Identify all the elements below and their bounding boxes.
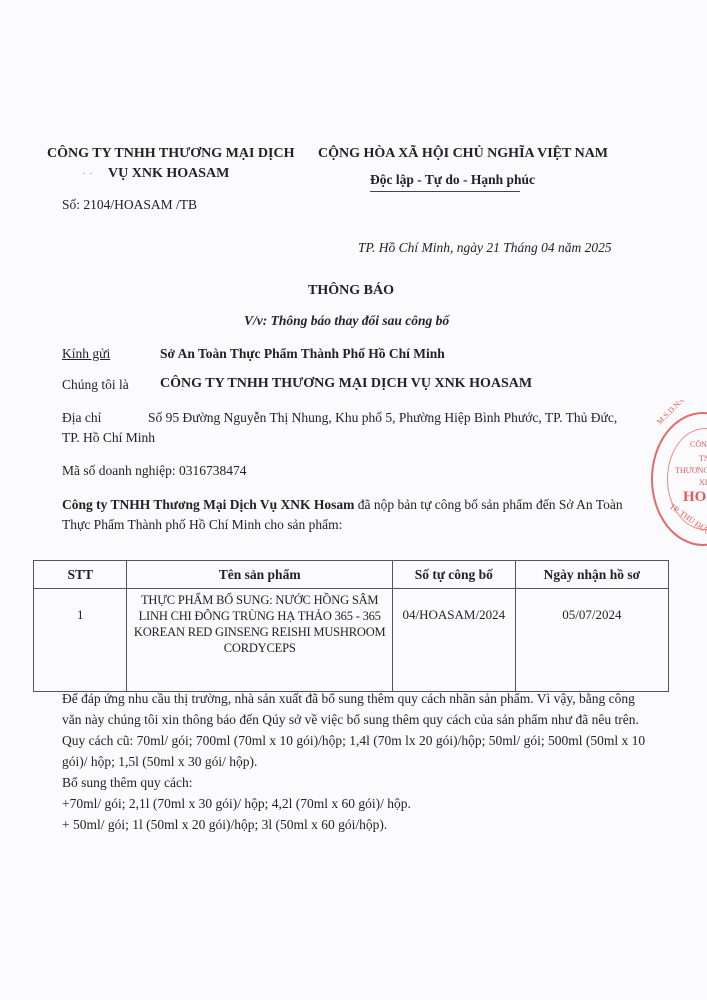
document-number: Số: 2104/HOASAM /TB [62, 197, 197, 213]
header-product-name: Tên sản phẩm [127, 561, 392, 589]
header-stt: STT [34, 561, 127, 589]
table-row: 1 THỰC PHẨM BỔ SUNG: NƯỚC HỒNG SÂM LINH … [34, 589, 669, 692]
motto-underline [370, 191, 520, 192]
company-seal-stamp: CÔNG TN THƯƠNG M XI HOA M.S.D.N:03167384… [640, 400, 707, 560]
document-title: THÔNG BÁO [308, 283, 394, 299]
seal-text-4: XI [699, 478, 707, 487]
scan-mark: · · [82, 166, 93, 181]
seal-text-1: CÔNG [690, 440, 707, 449]
seal-text-3: THƯƠNG M [675, 466, 707, 475]
new-spec-2: + 50ml/ gói; 1l (50ml x 20 gói)/hộp; 3l … [62, 814, 652, 835]
document-subject: V/v: Thông báo thay đổi sau công bố [244, 313, 449, 329]
cell-received-date: 05/07/2024 [515, 589, 668, 692]
national-heading: CỘNG HÒA XÃ HỘI CHỦ NGHĨA VIỆT NAM [318, 146, 608, 162]
recipient-label: Kính gửi [62, 346, 110, 362]
old-spec: Quy cách cũ: 70ml/ gói; 700ml (70ml x 10… [62, 730, 652, 772]
address-line2: TP. Hồ Chí Minh [62, 430, 155, 446]
seal-ring-text: M.S.D.N:03167384 [655, 400, 706, 426]
table-header-row: STT Tên sản phẩm Số tự công bố Ngày nhận… [34, 561, 669, 589]
tax-code: Mã số doanh nghiệp: 0316738474 [62, 463, 247, 479]
product-table: STT Tên sản phẩm Số tự công bố Ngày nhận… [33, 560, 669, 692]
seal-text-5: HOA [683, 489, 707, 506]
cell-stt: 1 [34, 589, 127, 692]
seal-outer-ring: CÔNG TN THƯƠNG M XI HOA M.S.D.N:03167384… [651, 412, 707, 546]
sender-label: Chúng tôi là [62, 377, 129, 393]
recipient-value: Sở An Toàn Thực Phẩm Thành Phố Hồ Chí Mi… [160, 346, 445, 362]
cell-product-name: THỰC PHẨM BỔ SUNG: NƯỚC HỒNG SÂM LINH CH… [127, 589, 392, 692]
body-text: Để đáp ứng nhu cầu thị trường, nhà sản x… [62, 688, 652, 835]
sender-value: CÔNG TY TNHH THƯƠNG MẠI DỊCH VỤ XNK HOAS… [160, 376, 532, 392]
national-motto: Độc lập - Tự do - Hạnh phúc [370, 172, 535, 188]
address-label: Địa chỉ [62, 410, 101, 426]
company-name-line1: CÔNG TY TNHH THƯƠNG MẠI DỊCH [47, 146, 295, 162]
intro-company-name: Công ty TNHH Thương Mại Dịch Vụ XNK Hosa… [62, 497, 354, 512]
new-spec-1: +70ml/ gói; 2,1l (70ml x 30 gói)/ hộp; 4… [62, 793, 652, 814]
header-declaration-number: Số tự công bố [392, 561, 515, 589]
intro-paragraph: Công ty TNHH Thương Mại Dịch Vụ XNK Hosa… [62, 495, 652, 535]
seal-text-2: TN [699, 454, 707, 463]
body-paragraph: Để đáp ứng nhu cầu thị trường, nhà sản x… [62, 688, 652, 730]
cell-declaration-number: 04/HOASAM/2024 [392, 589, 515, 692]
new-spec-label: Bổ sung thêm quy cách: [62, 772, 652, 793]
header-received-date: Ngày nhận hồ sơ [515, 561, 668, 589]
address-line1: Số 95 Đường Nguyễn Thị Nhung, Khu phố 5,… [148, 410, 617, 426]
company-name-line2: VỤ XNK HOASAM [108, 166, 229, 182]
place-date: TP. Hồ Chí Minh, ngày 21 Tháng 04 năm 20… [358, 240, 612, 256]
